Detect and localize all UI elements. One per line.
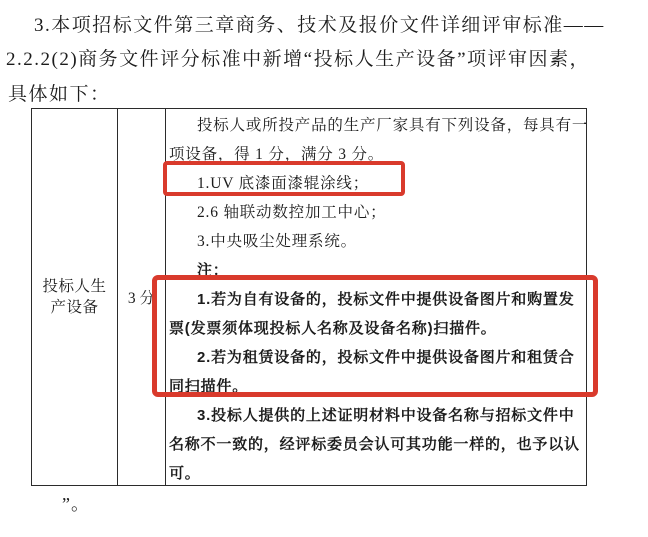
criteria-line: 3.投标人提供的上述证明材料中设备名称与招标文件中 [166, 401, 586, 430]
criteria-line: 名称不一致的，经评标委员会认可其功能一样的，也予以认 [166, 430, 586, 459]
document-page: 3.本项招标文件第三章商务、技术及报价文件详细评审标准—— 2.2.2(2)商务… [0, 0, 648, 537]
criteria-line: 2.6 轴联动数控加工中心； [166, 198, 586, 227]
intro-paragraph-line-2: 2.2.2(2)商务文件评分标准中新增“投标人生产设备”项评审因素， [6, 44, 590, 71]
score-text: 3 分 [128, 286, 155, 308]
highlight-box-ownership-notes [152, 275, 598, 397]
factor-name-cell: 投标人生产设备 [32, 109, 118, 485]
criteria-line: 可。 [166, 459, 586, 485]
criteria-line: 投标人或所投产品的生产厂家具有下列设备，每具有一 [166, 111, 586, 140]
factor-name-text: 投标人生产设备 [42, 276, 108, 318]
criteria-line: 3.中央吸尘处理系统。 [166, 227, 586, 256]
intro-paragraph-line-3: 具体如下： [8, 79, 111, 106]
intro-paragraph-line-1: 3.本项招标文件第三章商务、技术及报价文件详细评审标准—— [34, 10, 605, 37]
closing-quote-mark: ”。 [62, 490, 90, 516]
highlight-box-uv-line [163, 161, 405, 196]
